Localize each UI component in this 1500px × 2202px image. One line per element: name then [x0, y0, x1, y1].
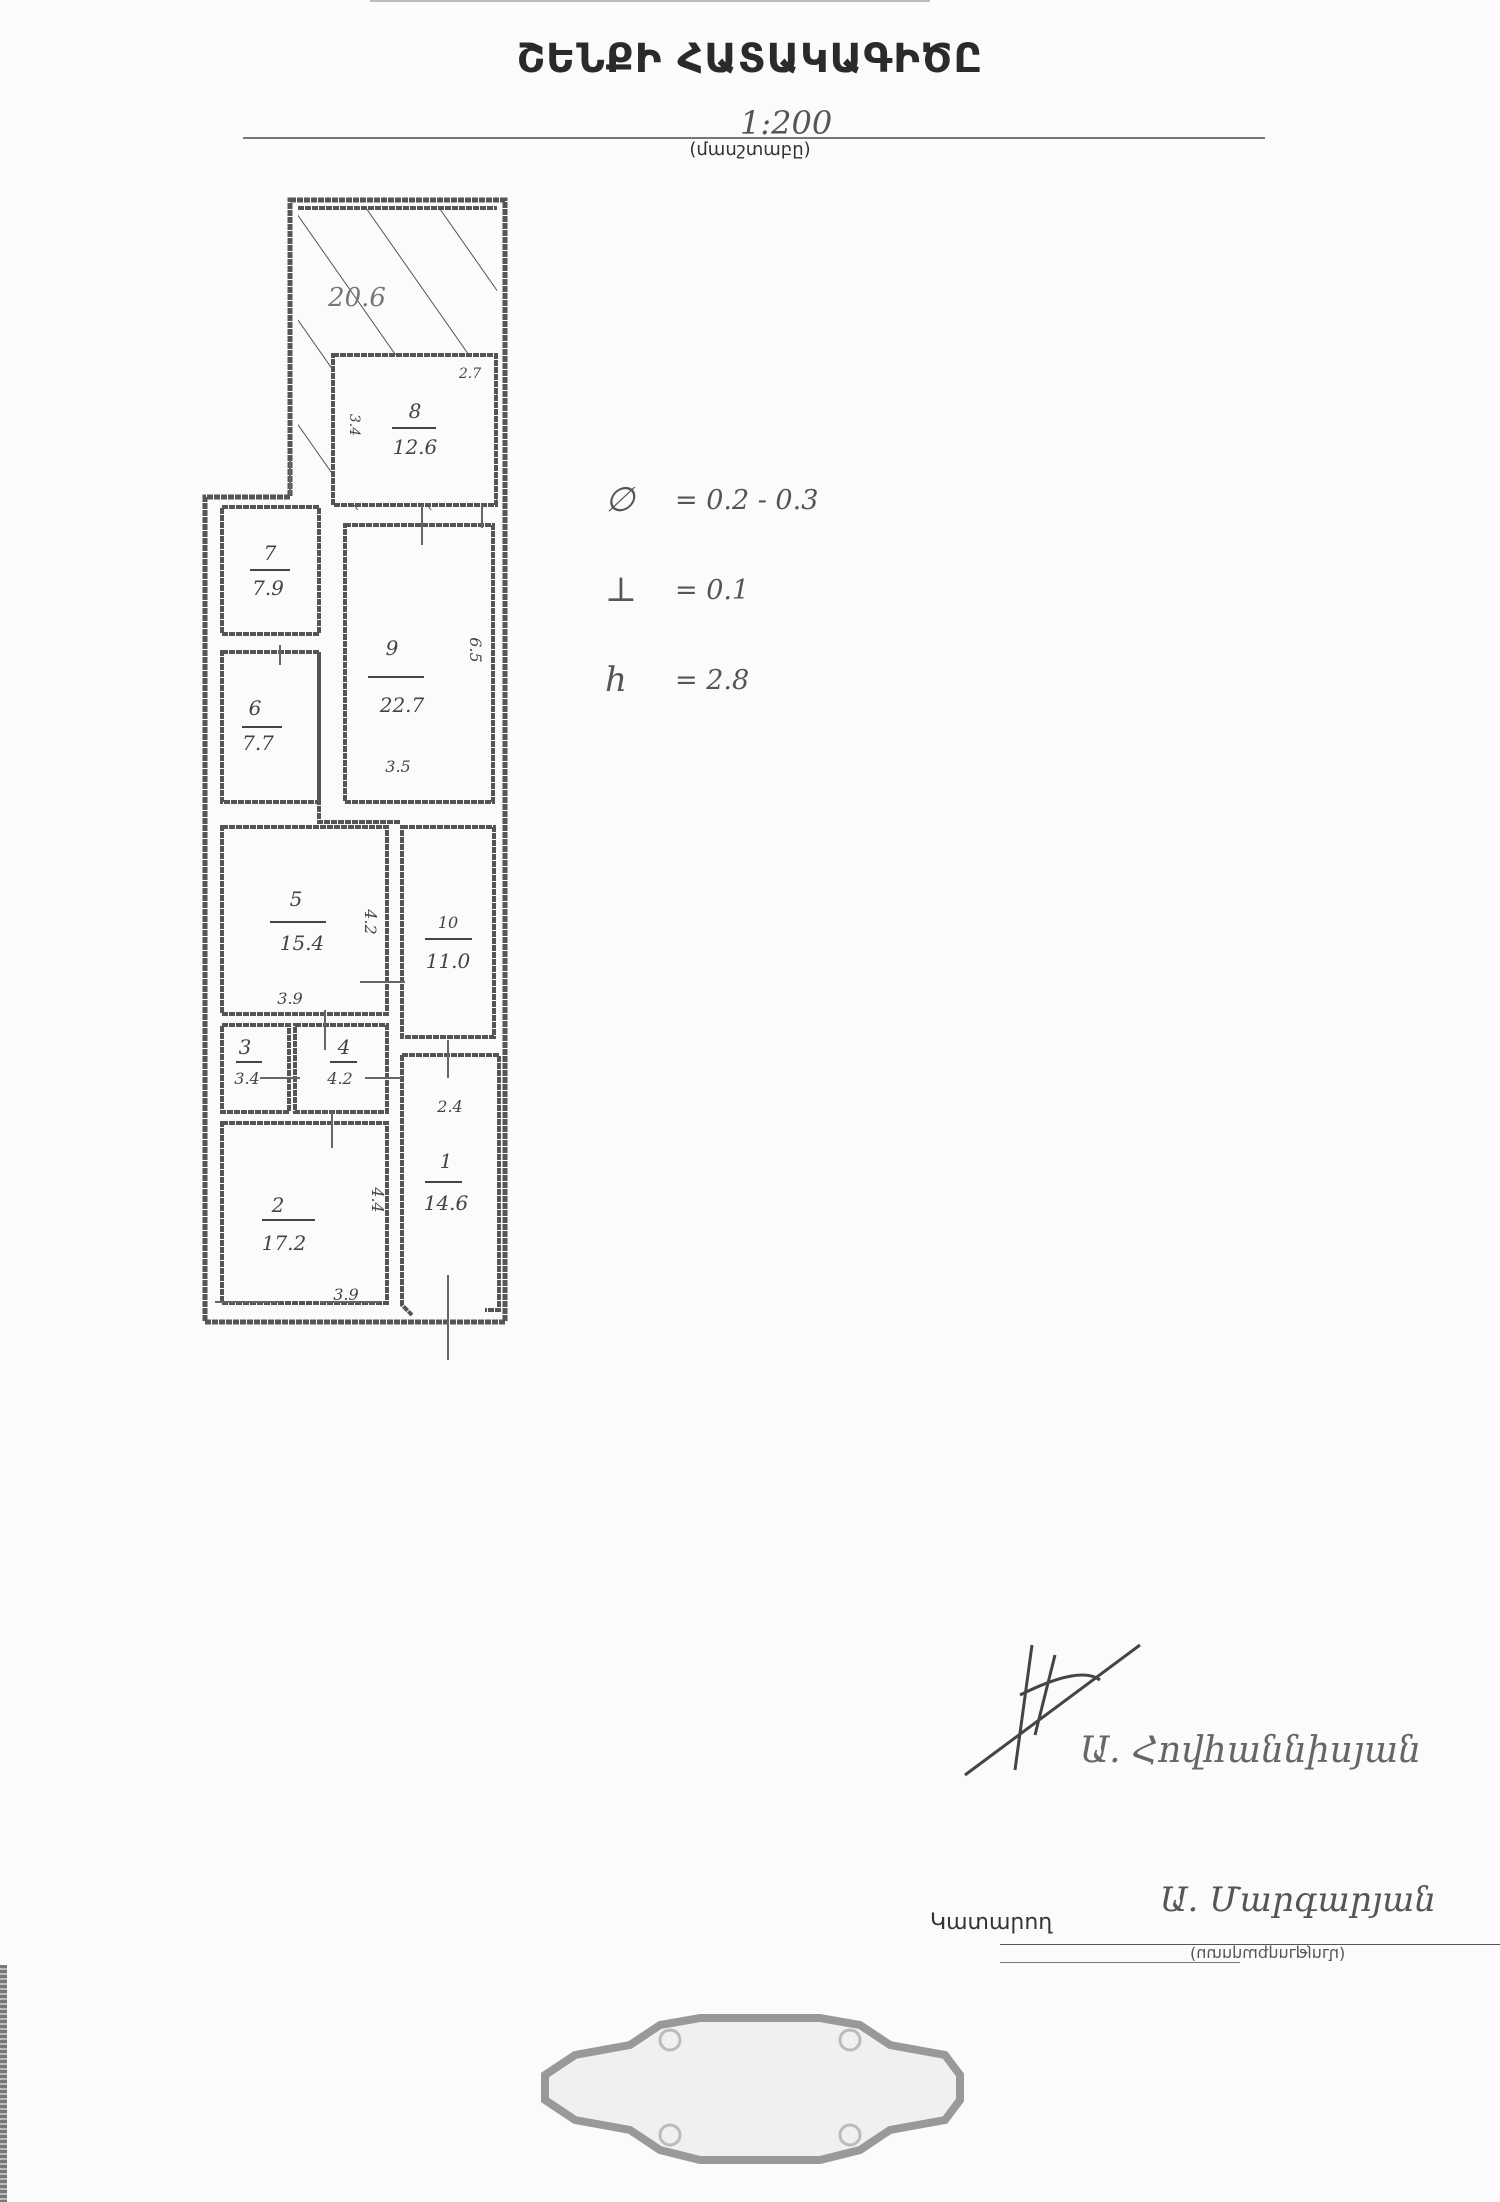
- svg-text:7.9: 7.9: [252, 576, 284, 600]
- svg-text:4.4: 4.4: [368, 1186, 387, 1212]
- svg-text:7: 7: [264, 541, 277, 565]
- height-icon: h: [605, 660, 675, 700]
- page-left-edge: [0, 1965, 7, 2202]
- note-value: = 2.8: [675, 665, 749, 696]
- svg-text:9: 9: [386, 636, 399, 660]
- note-value: = 0.1: [675, 575, 749, 606]
- handwritten-name-2: Ա. Մարգարյան: [1160, 1880, 1436, 1920]
- svg-text:3.4: 3.4: [234, 1069, 259, 1088]
- svg-text:11.0: 11.0: [426, 949, 471, 973]
- balcony-area: 20.6: [327, 283, 386, 313]
- svg-text:10: 10: [438, 913, 458, 932]
- svg-text:1: 1: [440, 1149, 453, 1173]
- svg-text:22.7: 22.7: [379, 693, 425, 717]
- svg-text:4.2: 4.2: [361, 908, 380, 934]
- svg-text:12.6: 12.6: [393, 435, 438, 459]
- svg-text:3.9: 3.9: [333, 1285, 358, 1304]
- svg-text:3.5: 3.5: [385, 757, 410, 776]
- note-row: h = 2.8: [605, 635, 818, 725]
- svg-text:7.7: 7.7: [242, 731, 274, 755]
- note-value: = 0.2 - 0.3: [675, 485, 818, 516]
- svg-text:2: 2: [271, 1193, 285, 1217]
- signature-caption: (ստորագրություն): [1190, 1945, 1345, 1964]
- svg-text:3: 3: [239, 1035, 252, 1059]
- svg-text:3.4: 3.4: [346, 414, 362, 436]
- svg-text:6.5: 6.5: [466, 637, 485, 662]
- svg-text:17.2: 17.2: [262, 1231, 307, 1255]
- svg-text:8: 8: [409, 399, 422, 423]
- parameter-notes: ∅ = 0.2 - 0.3 ⊥ = 0.1 h = 2.8: [605, 455, 818, 725]
- perpendicular-icon: ⊥: [605, 570, 675, 610]
- note-row: ⊥ = 0.1: [605, 545, 818, 635]
- svg-text:2.4: 2.4: [436, 1097, 462, 1116]
- svg-text:4.2: 4.2: [326, 1069, 352, 1088]
- svg-text:5: 5: [290, 887, 303, 911]
- diameter-icon: ∅: [605, 480, 675, 520]
- note-row: ∅ = 0.2 - 0.3: [605, 455, 818, 545]
- svg-text:2.7: 2.7: [458, 366, 481, 382]
- svg-text:3.9: 3.9: [277, 989, 302, 1008]
- svg-text:15.4: 15.4: [280, 931, 325, 955]
- svg-text:6: 6: [249, 696, 262, 720]
- svg-text:4: 4: [337, 1035, 351, 1059]
- decorative-cartouche: [535, 2000, 975, 2180]
- svg-text:14.6: 14.6: [424, 1191, 469, 1215]
- executor-label: Կատարող: [930, 1910, 1052, 1935]
- handwritten-name-1: Ա. Հովհաննիսյան: [1080, 1730, 1421, 1771]
